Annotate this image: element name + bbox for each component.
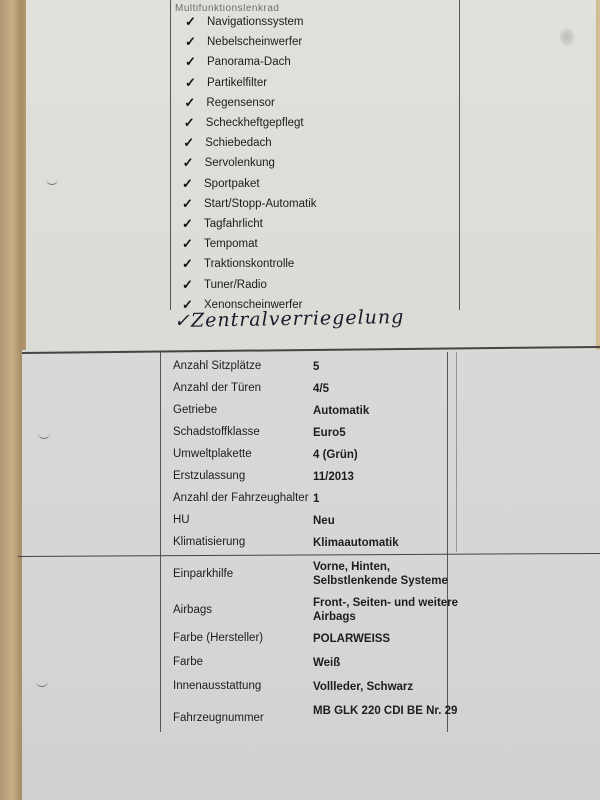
spec-label: Airbags [173,596,313,632]
spec-label: Fahrzeugnummer [173,704,313,740]
spec-label: Getriebe [173,404,313,426]
spec-label: Einparkhilfe [173,560,313,596]
checkmark-icon: ✓ [185,75,199,91]
feature-label: Tuner/Radio [204,279,267,291]
spec-label: Anzahl der Fahrzeughalter [173,492,313,514]
feature-item: ✓Schiebedach [183,133,316,153]
feature-label: Traktionskontrolle [204,258,294,270]
spec-value: Vollleder, Schwarz [313,680,463,704]
checkmark-icon: ✓ [182,277,196,293]
checkmark-icon: ✓ [183,135,197,151]
features-right-border [459,0,460,310]
checkmark-icon: ✓ [184,115,198,131]
spec-value: POLARWEISS [313,632,463,656]
feature-item: ✓Start/Stopp-Automatik [182,194,317,214]
feature-label: Multifunktionslenkrad [175,4,279,12]
feature-label: Scheckheftgepflegt [206,117,304,129]
feature-label: Tagfahrlicht [204,218,263,230]
checkmark-icon: ✓ [185,14,199,30]
spec-label: Umweltplakette [173,448,313,470]
feature-label: Servolenkung [205,157,275,169]
feature-label: Navigationssystem [207,16,304,28]
spec-value: Automatik [313,404,463,426]
feature-item: ✓Scheckheftgepflegt [184,113,317,133]
features-checklist: Multifunktionslenkrad ✓Navigationssystem… [175,4,317,315]
handwritten-note: ✓Zentralverriegelung [174,306,405,332]
spec-label: Anzahl der Türen [173,382,313,404]
spec-value: 5 [313,360,463,382]
spec-row: SchadstoffklasseEuro5 [173,426,463,448]
specs-left-border [160,352,161,732]
feature-label: Schiebedach [205,137,272,149]
spec-value: Euro5 [313,426,463,448]
checkmark-icon: ✓ [182,236,196,252]
feature-partial-item: Multifunktionslenkrad [175,4,317,12]
spec-value: 11/2013 [313,470,463,492]
spec-label: Anzahl Sitzplätze [173,360,313,382]
feature-item: ✓Traktionskontrolle [182,254,317,274]
spec-label: Innenausstattung [173,680,313,704]
spec-value: 1 [313,492,463,514]
checkmark-icon: ✓ [185,34,199,50]
feature-item: ✓Regensensor [184,93,316,113]
spec-row: Anzahl Sitzplätze5 [173,360,463,382]
spec-value: 4/5 [313,382,463,404]
spec-value: Klimaautomatik [313,536,463,558]
checkmark-icon: ✓ [182,196,196,212]
feature-item: ✓Tempomat [182,234,317,254]
spec-value: Vorne, Hinten, Selbstlenkende Systeme [313,560,463,596]
feature-item: ✓Sportpaket [182,174,317,194]
spec-row: Erstzulassung11/2013 [173,470,463,492]
spec-row: FahrzeugnummerMB GLK 220 CDI BE Nr. 29 [173,704,463,740]
feature-label: Nebelscheinwerfer [207,36,302,48]
checkmark-icon: ✓ [182,216,196,232]
spec-row: Anzahl der Türen4/5 [173,382,463,404]
feature-label: Regensensor [206,97,274,109]
spec-label: Farbe [173,656,313,680]
spec-row: Anzahl der Fahrzeughalter1 [173,492,463,514]
spec-label: Klimatisierung [173,536,313,558]
spec-row: InnenausstattungVollleder, Schwarz [173,680,463,704]
feature-label: Tempomat [204,238,258,250]
spec-row: FarbeWeiß [173,656,463,680]
spec-row: HUNeu [173,514,463,536]
feature-label: Partikelfilter [207,77,267,89]
spec-label: HU [173,514,313,536]
feature-item: ✓Tuner/Radio [182,274,317,294]
checkmark-icon: ✓ [182,256,196,272]
spec-row: Farbe (Hersteller)POLARWEISS [173,632,463,656]
spec-row: GetriebeAutomatik [173,404,463,426]
feature-item: ✓Nebelscheinwerfer [185,32,317,52]
feature-item: ✓Partikelfilter [185,73,317,93]
spec-value: Neu [313,514,463,536]
feature-label: Panorama-Dach [207,56,291,68]
spec-label: Schadstoffklasse [173,426,313,448]
spec-label: Farbe (Hersteller) [173,632,313,656]
feature-item: ✓Servolenkung [183,153,317,173]
smudge-mark [560,28,574,46]
checkmark-icon: ✓ [182,176,196,192]
checkmark-icon: ✓ [184,95,198,111]
checkmark-icon: ✓ [183,155,197,171]
spec-label: Erstzulassung [173,470,313,492]
features-left-border [170,0,171,310]
feature-item: ✓Navigationssystem [185,12,317,32]
spec-value: Front-, Seiten- und weitere Airbags [313,596,463,632]
specs-table-2: EinparkhilfeVorne, Hinten, Selbstlenkend… [173,560,463,740]
feature-label: Sportpaket [204,178,260,190]
spec-value: MB GLK 220 CDI BE Nr. 29 [313,704,463,740]
spec-row: Umweltplakette4 (Grün) [173,448,463,470]
checkmark-icon: ✓ [185,54,199,70]
spec-value: Weiß [313,656,463,680]
feature-label: Start/Stopp-Automatik [204,198,317,210]
spec-row: KlimatisierungKlimaautomatik [173,536,463,558]
spec-row: EinparkhilfeVorne, Hinten, Selbstlenkend… [173,560,463,596]
feature-item: ✓Panorama-Dach [185,52,317,72]
specs-table-1: Anzahl Sitzplätze5Anzahl der Türen4/5Get… [173,360,463,558]
spec-value: 4 (Grün) [313,448,463,470]
spec-row: AirbagsFront-, Seiten- und weitere Airba… [173,596,463,632]
feature-item: ✓Tagfahrlicht [182,214,317,234]
